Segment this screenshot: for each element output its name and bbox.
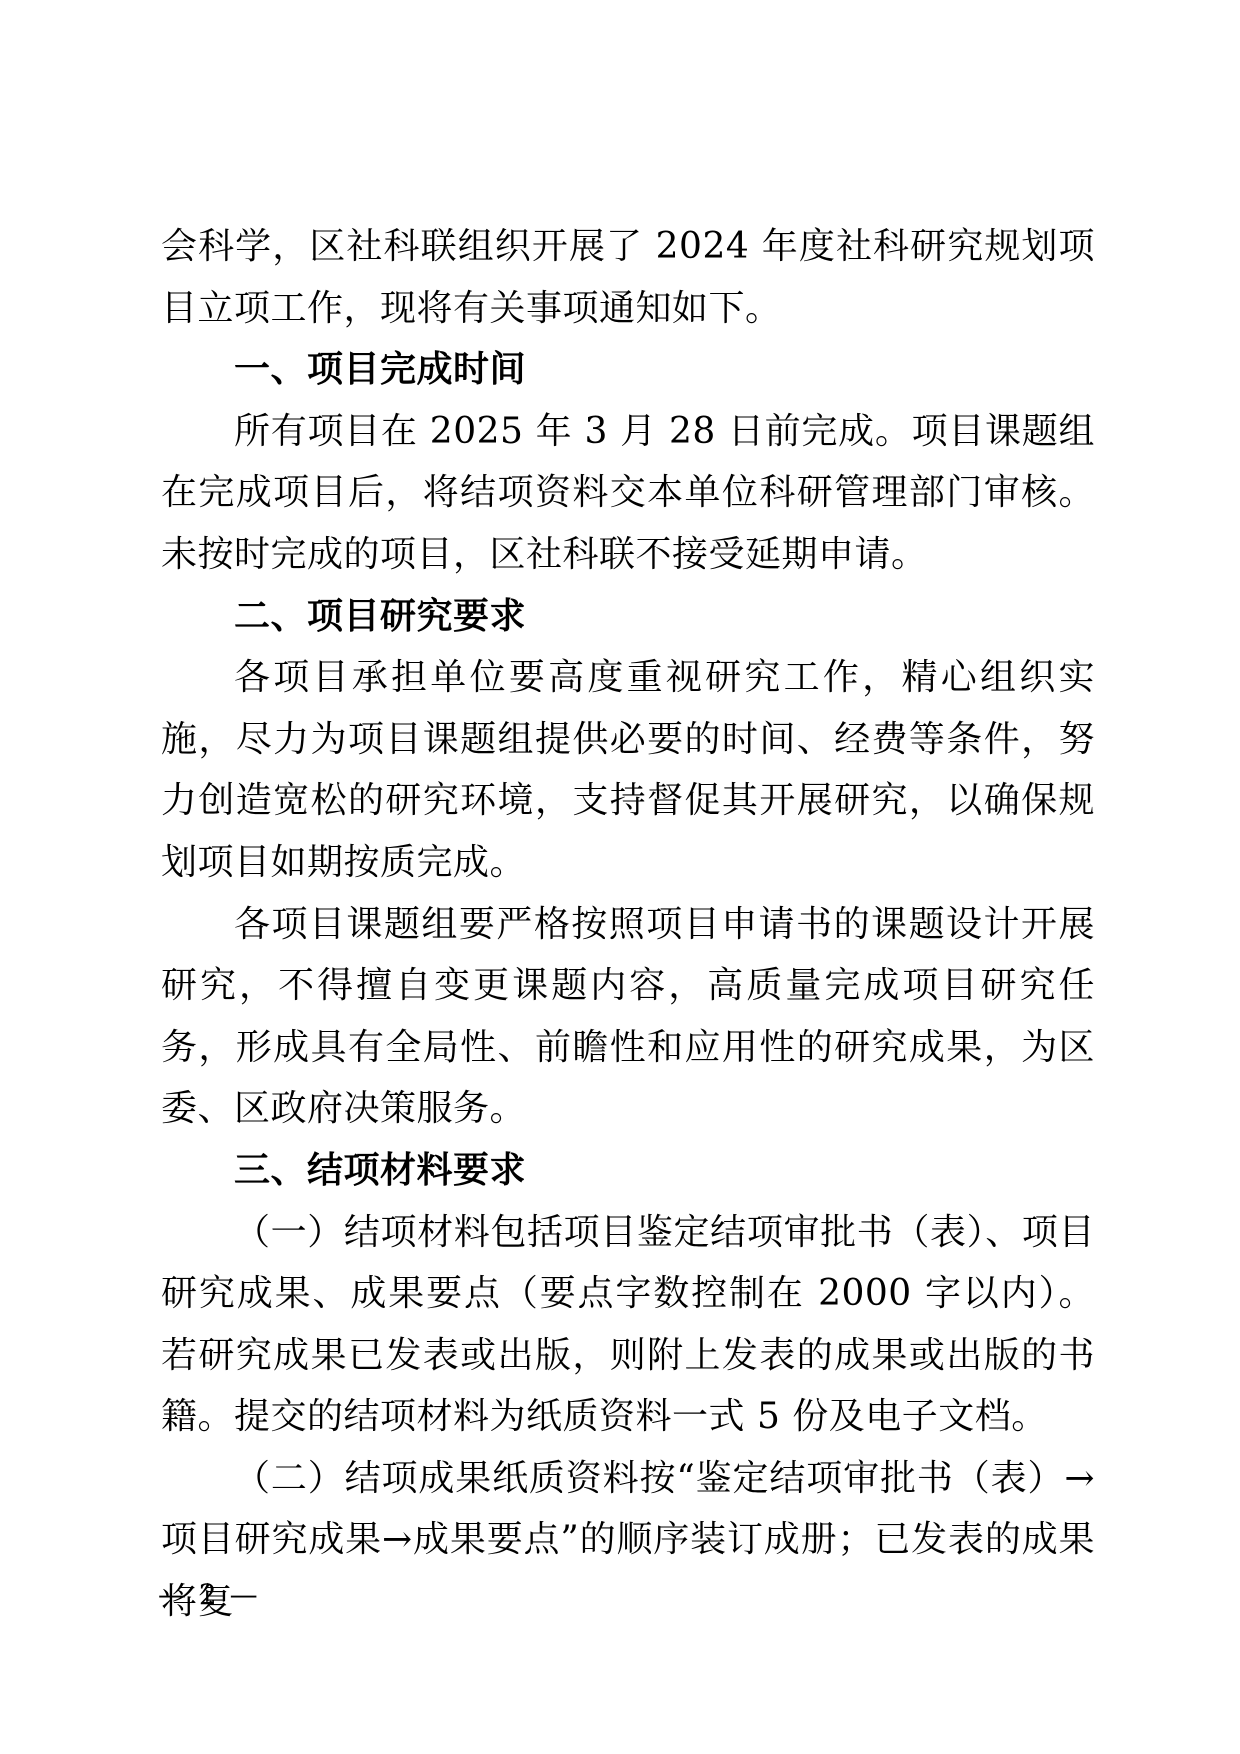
document-page: 会科学，区社科联组织开展了 2024 年度社科研究规划项目立项工作，现将有关事项…	[0, 0, 1240, 1754]
section1-paragraph: 所有项目在 2025 年 3 月 28 日前完成。项目课题组在完成项目后，将结项…	[161, 401, 1095, 586]
continuation-paragraph: 会科学，区社科联组织开展了 2024 年度社科研究规划项目立项工作，现将有关事项…	[161, 216, 1095, 339]
document-body: 会科学，区社科联组织开展了 2024 年度社科研究规划项目立项工作，现将有关事项…	[161, 216, 1095, 1633]
section-heading-3: 三、结项材料要求	[161, 1140, 1095, 1202]
section2-paragraph-1: 各项目承担单位要高度重视研究工作，精心组织实施，尽力为项目课题组提供必要的时间、…	[161, 647, 1095, 893]
section3-paragraph-2: （二）结项成果纸质资料按“鉴定结项审批书（表）→项目研究成果→成果要点”的顺序装…	[161, 1448, 1095, 1633]
section2-paragraph-2: 各项目课题组要严格按照项目申请书的课题设计开展研究，不得擅自变更课题内容，高质量…	[161, 894, 1095, 1140]
page-number: — 2 —	[158, 1578, 260, 1612]
section3-paragraph-1: （一）结项材料包括项目鉴定结项审批书（表）、项目研究成果、成果要点（要点字数控制…	[161, 1202, 1095, 1448]
section-heading-2: 二、项目研究要求	[161, 586, 1095, 648]
section-heading-1: 一、项目完成时间	[161, 339, 1095, 401]
